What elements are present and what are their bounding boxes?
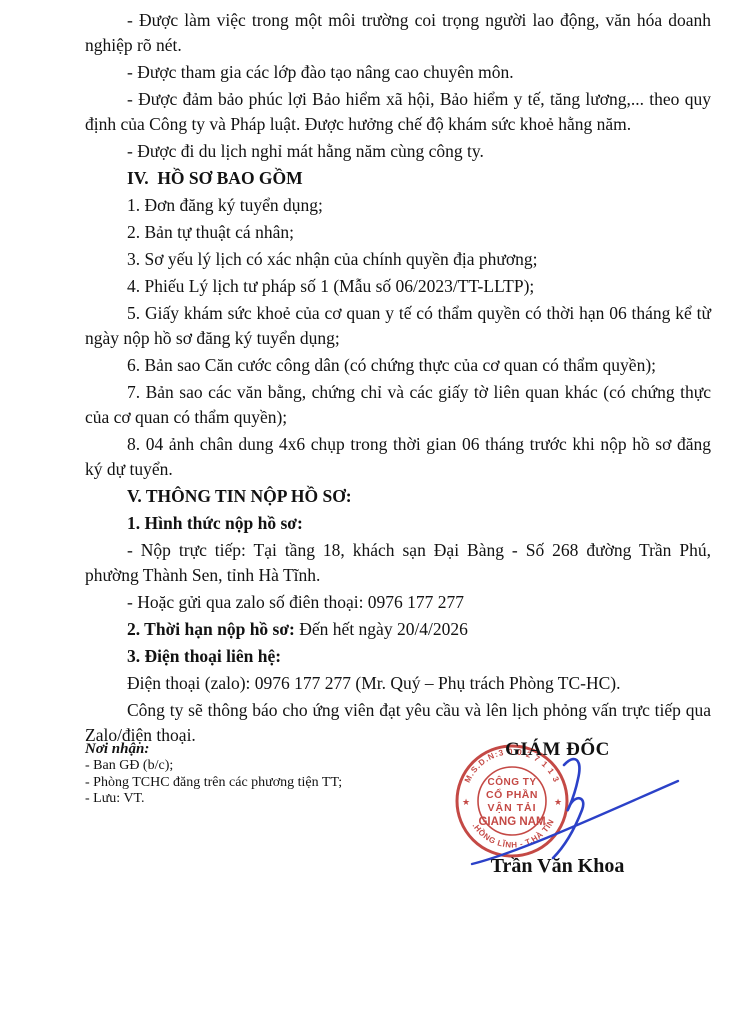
handwritten-signature xyxy=(460,753,700,868)
deadline-label: 2. Thời hạn nộp hồ sơ: xyxy=(127,619,295,639)
document-item: 8. 04 ảnh chân dung 4x6 chụp trong thời … xyxy=(85,432,711,482)
benefit-paragraph: - Được làm việc trong một môi trường coi… xyxy=(85,8,711,58)
submission-deadline: 2. Thời hạn nộp hồ sơ: Đến hết ngày 20/4… xyxy=(85,617,711,642)
document-item: 6. Bản sao Căn cước công dân (có chứng t… xyxy=(85,353,711,378)
document-item: 4. Phiếu Lý lịch tư pháp số 1 (Mẫu số 06… xyxy=(85,274,711,299)
submission-direct: - Nộp trực tiếp: Tại tầng 18, khách sạn … xyxy=(85,538,711,588)
document-item: 2. Bản tự thuật cá nhân; xyxy=(85,220,711,245)
document-item: 7. Bản sao các văn bằng, chứng chỉ và cá… xyxy=(85,380,711,430)
recipients-label: Nơi nhận: xyxy=(85,741,415,758)
section-v-heading: V. THÔNG TIN NỘP HỒ SƠ: xyxy=(85,484,711,509)
submission-method-heading: 1. Hình thức nộp hồ sơ: xyxy=(85,511,711,536)
recipient-item: - Phòng TCHC đăng trên các phương tiện T… xyxy=(85,775,415,792)
submission-zalo: - Hoặc gửi qua zalo số điên thoại: 0976 … xyxy=(85,590,711,615)
recipient-item: - Lưu: VT. xyxy=(85,791,415,808)
document-item: 3. Sơ yếu lý lịch có xác nhận của chính … xyxy=(85,247,711,272)
document-item: 1. Đơn đăng ký tuyển dụng; xyxy=(85,193,711,218)
phone-heading: 3. Điện thoại liên hệ: xyxy=(85,644,711,669)
benefit-paragraph: - Được tham gia các lớp đào tạo nâng cao… xyxy=(85,60,711,85)
phone-line: Điện thoại (zalo): 0976 177 277 (Mr. Quý… xyxy=(85,671,711,696)
recipients-block: Nơi nhận: - Ban GĐ (b/c); - Phòng TCHC đ… xyxy=(85,741,415,808)
recipient-item: - Ban GĐ (b/c); xyxy=(85,758,415,775)
benefit-paragraph: - Được đi du lịch nghỉ mát hằng năm cùng… xyxy=(85,139,711,164)
benefit-paragraph: - Được đảm bảo phúc lợi Bảo hiểm xã hội,… xyxy=(85,87,711,137)
document-body: - Được làm việc trong một môi trường coi… xyxy=(85,8,711,750)
deadline-value: Đến hết ngày 20/4/2026 xyxy=(299,619,468,639)
document-item: 5. Giấy khám sức khoẻ của cơ quan y tế c… xyxy=(85,301,711,351)
section-iv-heading: IV. HỒ SƠ BAO GỒM xyxy=(85,166,711,191)
signature-loop-stroke xyxy=(553,759,583,858)
document-page: - Được làm việc trong một môi trường coi… xyxy=(0,0,751,1015)
signature-block: GIÁM ĐỐC M.S.D.N:3 0 0 2 7 1 1 3 TX.HỒNG… xyxy=(440,739,675,760)
